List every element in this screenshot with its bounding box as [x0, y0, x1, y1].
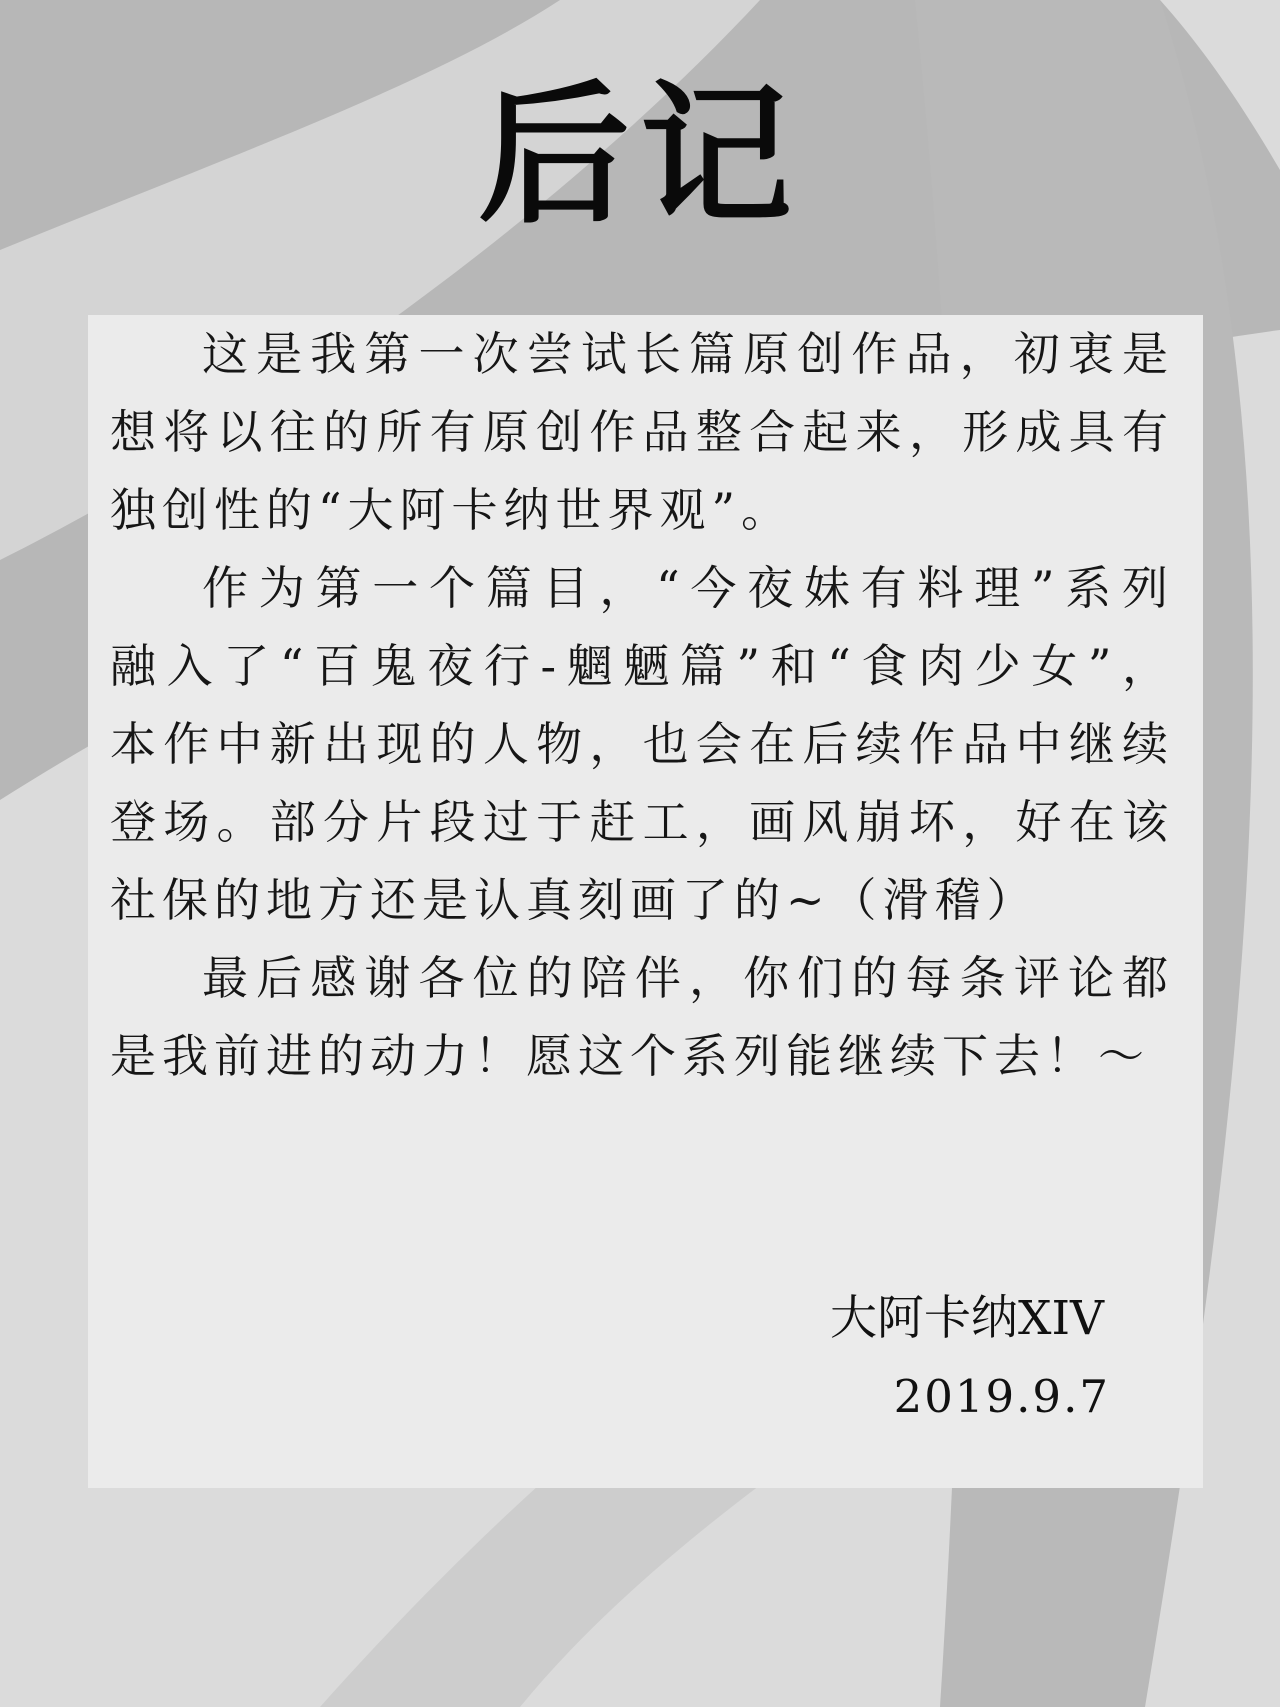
afterword-paragraphs: 这是我第一次尝试长篇原创作品，初衷是想将以往的所有原创作品整合起来，形成具有独创… [110, 315, 1170, 1095]
text-line: 社保的地方还是认真刻画了的~（滑稽） [110, 861, 1170, 939]
page-title: 后记 [0, 70, 1280, 240]
afterword-page: 后记 这是我第一次尝试长篇原创作品，初衷是想将以往的所有原创作品整合起来，形成具… [0, 0, 1280, 1707]
text-line: 独创性的“大阿卡纳世界观”。 [110, 471, 1170, 549]
text-line: 融入了“百鬼夜行-魍魉篇”和“食肉少女”， [110, 627, 1170, 705]
text-line: 这是我第一次尝试长篇原创作品，初衷是 [110, 315, 1170, 393]
text-line: 作为第一个篇目，“今夜妹有料理”系列 [110, 549, 1170, 627]
text-line: 最后感谢各位的陪伴，你们的每条评论都 [110, 939, 1170, 1017]
author-signature: 大阿卡纳XIV [110, 1280, 1170, 1358]
date-line: 2019.9.7 [110, 1358, 1170, 1436]
text-line: 登场。部分片段过于赶工，画风崩坏，好在该 [110, 783, 1170, 861]
text-line: 想将以往的所有原创作品整合起来，形成具有 [110, 393, 1170, 471]
text-line: 本作中新出现的人物，也会在后续作品中继续 [110, 705, 1170, 783]
afterword-box: 这是我第一次尝试长篇原创作品，初衷是想将以往的所有原创作品整合起来，形成具有独创… [88, 315, 1203, 1488]
text-line: 是我前进的动力！愿这个系列能继续下去！～ [110, 1017, 1170, 1095]
